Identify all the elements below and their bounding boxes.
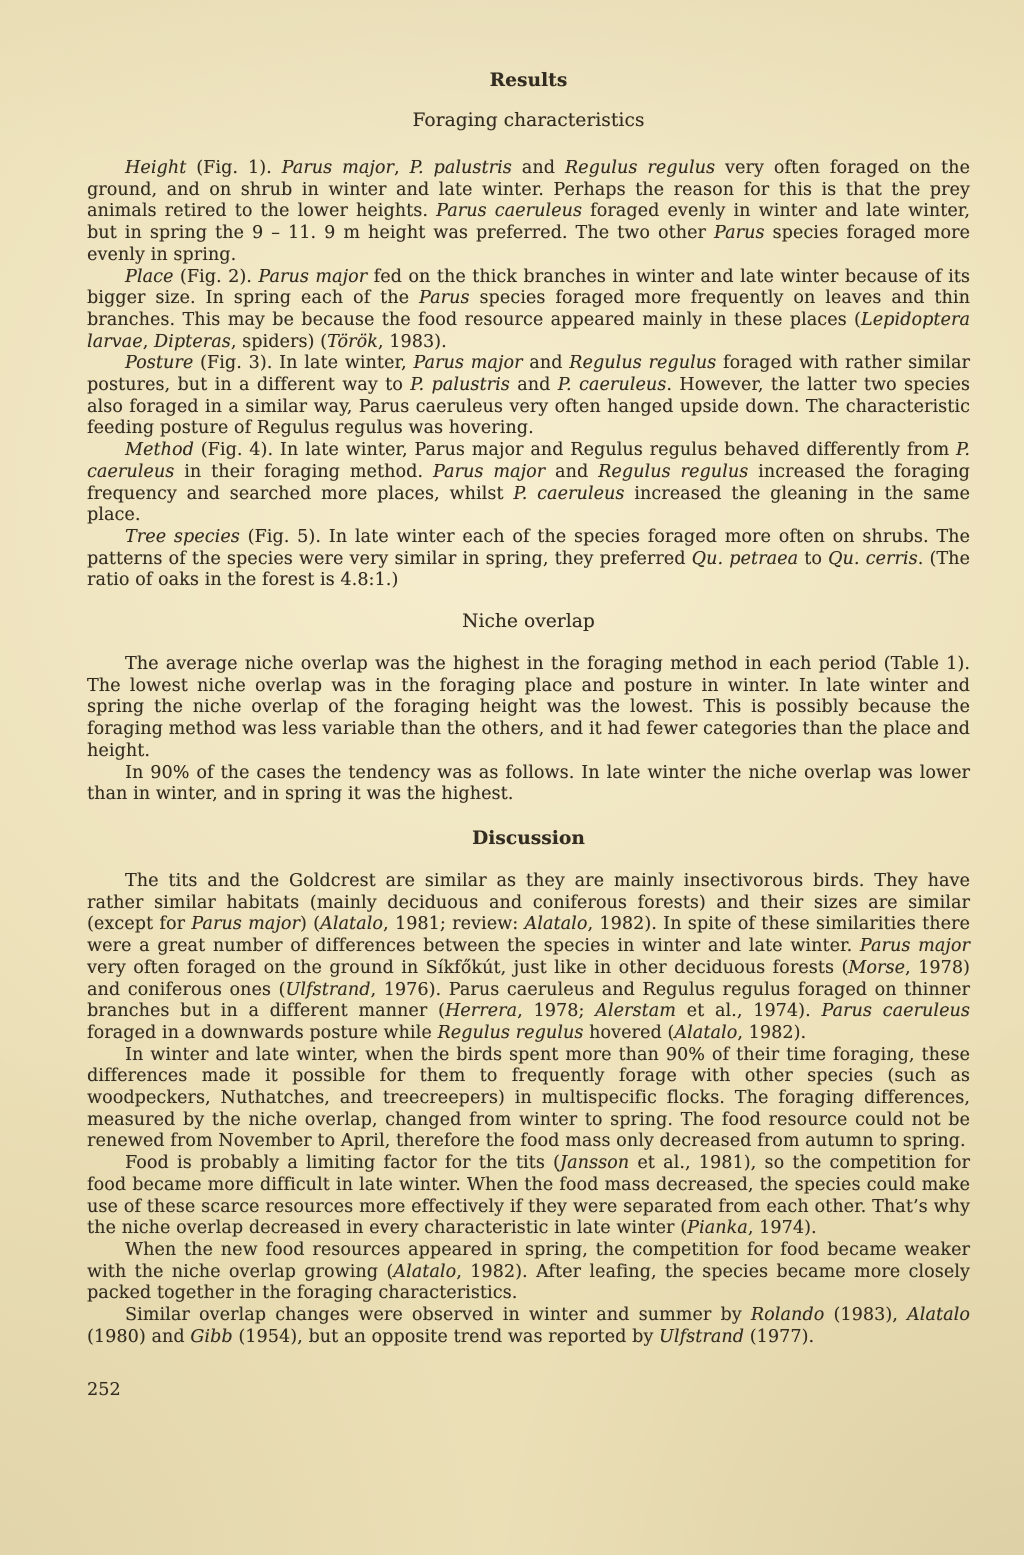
section-heading-results: Results <box>87 70 970 92</box>
paragraph-place: Place (Fig. 2). Parus major fed on the t… <box>87 267 970 354</box>
paragraph-discussion-2: In winter and late winter, when the bird… <box>87 1045 970 1154</box>
paragraph-discussion-1: The tits and the Goldcrest are similar a… <box>87 871 970 1045</box>
subsection-heading-foraging-characteristics: Foraging characteristics <box>87 110 970 132</box>
scanned-page: Results Foraging characteristics Height … <box>0 0 1024 1555</box>
paragraph-niche-overlap-1: The average niche overlap was the highes… <box>87 654 970 763</box>
section-heading-discussion: Discussion <box>87 828 970 850</box>
paragraph-height: Height (Fig. 1). Parus major, P. palustr… <box>87 158 970 267</box>
paragraph-niche-overlap-2: In 90% of the cases the tendency was as … <box>87 763 970 806</box>
paragraph-discussion-4: When the new food resources appeared in … <box>87 1240 970 1305</box>
paragraph-tree-species: Tree species (Fig. 5). In late winter ea… <box>87 527 970 592</box>
subsection-heading-niche-overlap: Niche overlap <box>87 611 970 633</box>
page-number: 252 <box>87 1380 970 1402</box>
paragraph-posture: Posture (Fig. 3). In late winter, Parus … <box>87 353 970 440</box>
paragraph-method: Method (Fig. 4). In late winter, Parus m… <box>87 440 970 527</box>
paragraph-discussion-3: Food is probably a limiting factor for t… <box>87 1153 970 1240</box>
paragraph-discussion-5: Similar overlap changes were observed in… <box>87 1305 970 1348</box>
